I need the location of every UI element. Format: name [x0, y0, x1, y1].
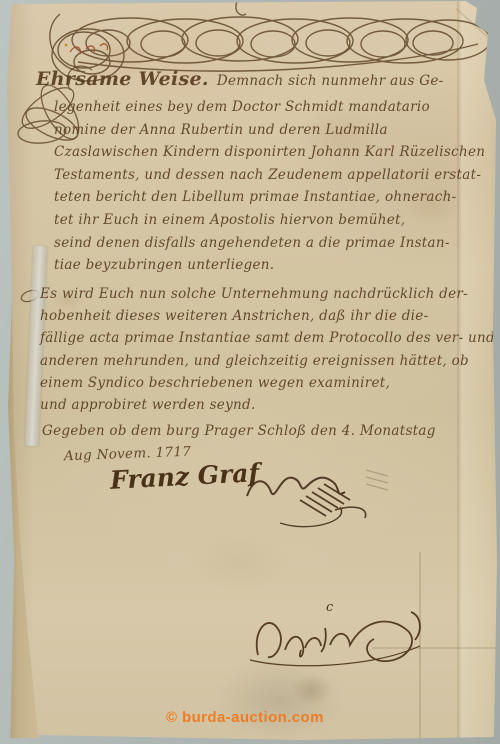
crease-horizontal-lower [372, 647, 497, 649]
photo-background: Ehrsame Weise.Demnach sich nunmehr aus G… [0, 0, 500, 744]
red-annotation-scribble [65, 44, 108, 54]
main-signature: Franz Graf [109, 458, 260, 495]
date-line-year: Aug Novem. 1717 [64, 444, 192, 464]
manuscript-line: nomine der Anna Rubertin und deren Ludmi… [54, 122, 388, 138]
date-line: Gegeben ob dem burg Prager Schloß den 4.… [42, 423, 436, 439]
fold-highlight-right [461, 0, 491, 744]
manuscript-line: Czaslawischen Kindern disponirten Johann… [54, 144, 485, 160]
tape-repair [25, 246, 48, 446]
manuscript-line: tiae beyzubringen unterliegen. [54, 257, 274, 273]
manuscript-line: hobenheit dieses weiteren Anstrichen, da… [40, 308, 428, 324]
manuscript-line: Testaments, und dessen nach Zeudenem app… [54, 167, 481, 183]
manuscript-line: tet ihr Euch in einem Apostolis hiervon … [54, 212, 405, 228]
auction-watermark: © burda-auction.com [166, 709, 324, 726]
manuscript-line: und approbiret werden seynd. [40, 397, 256, 413]
manuscript-line: anderen mehrunden, und gleichzeitig erei… [40, 353, 469, 369]
crease-vertical-right [457, 0, 459, 744]
signature-flourish [247, 478, 366, 527]
crease-vertical-lower [419, 552, 421, 740]
manuscript-line: legenheit eines bey dem Doctor Schmidt m… [54, 99, 430, 115]
signature-superscript: c [326, 600, 333, 615]
manuscript-line: seind denen disfalls angehendeten a die … [54, 235, 450, 251]
manuscript-line: einem Syndico beschriebenen wegen examin… [40, 375, 390, 391]
salutation-text: Ehrsame Weise. [36, 68, 209, 90]
manuscript-line: fällige acta primae Instantiae samt dem … [40, 330, 495, 346]
approval-signature [250, 612, 420, 666]
manuscript-line: Es wird Euch nun solche Unternehmung nac… [40, 286, 468, 302]
manuscript-line: teten bericht den Libellum primae Instan… [54, 189, 457, 205]
manuscript-opening-line: Ehrsame Weise.Demnach sich nunmehr aus G… [36, 68, 444, 90]
crease-diagonal-top-right [456, 8, 500, 54]
opening-continuation-text: Demnach sich nunmehr aus Ge- [217, 73, 444, 89]
document-paper: Ehrsame Weise.Demnach sich nunmehr aus G… [0, 0, 500, 744]
ink-smudge [366, 470, 388, 490]
